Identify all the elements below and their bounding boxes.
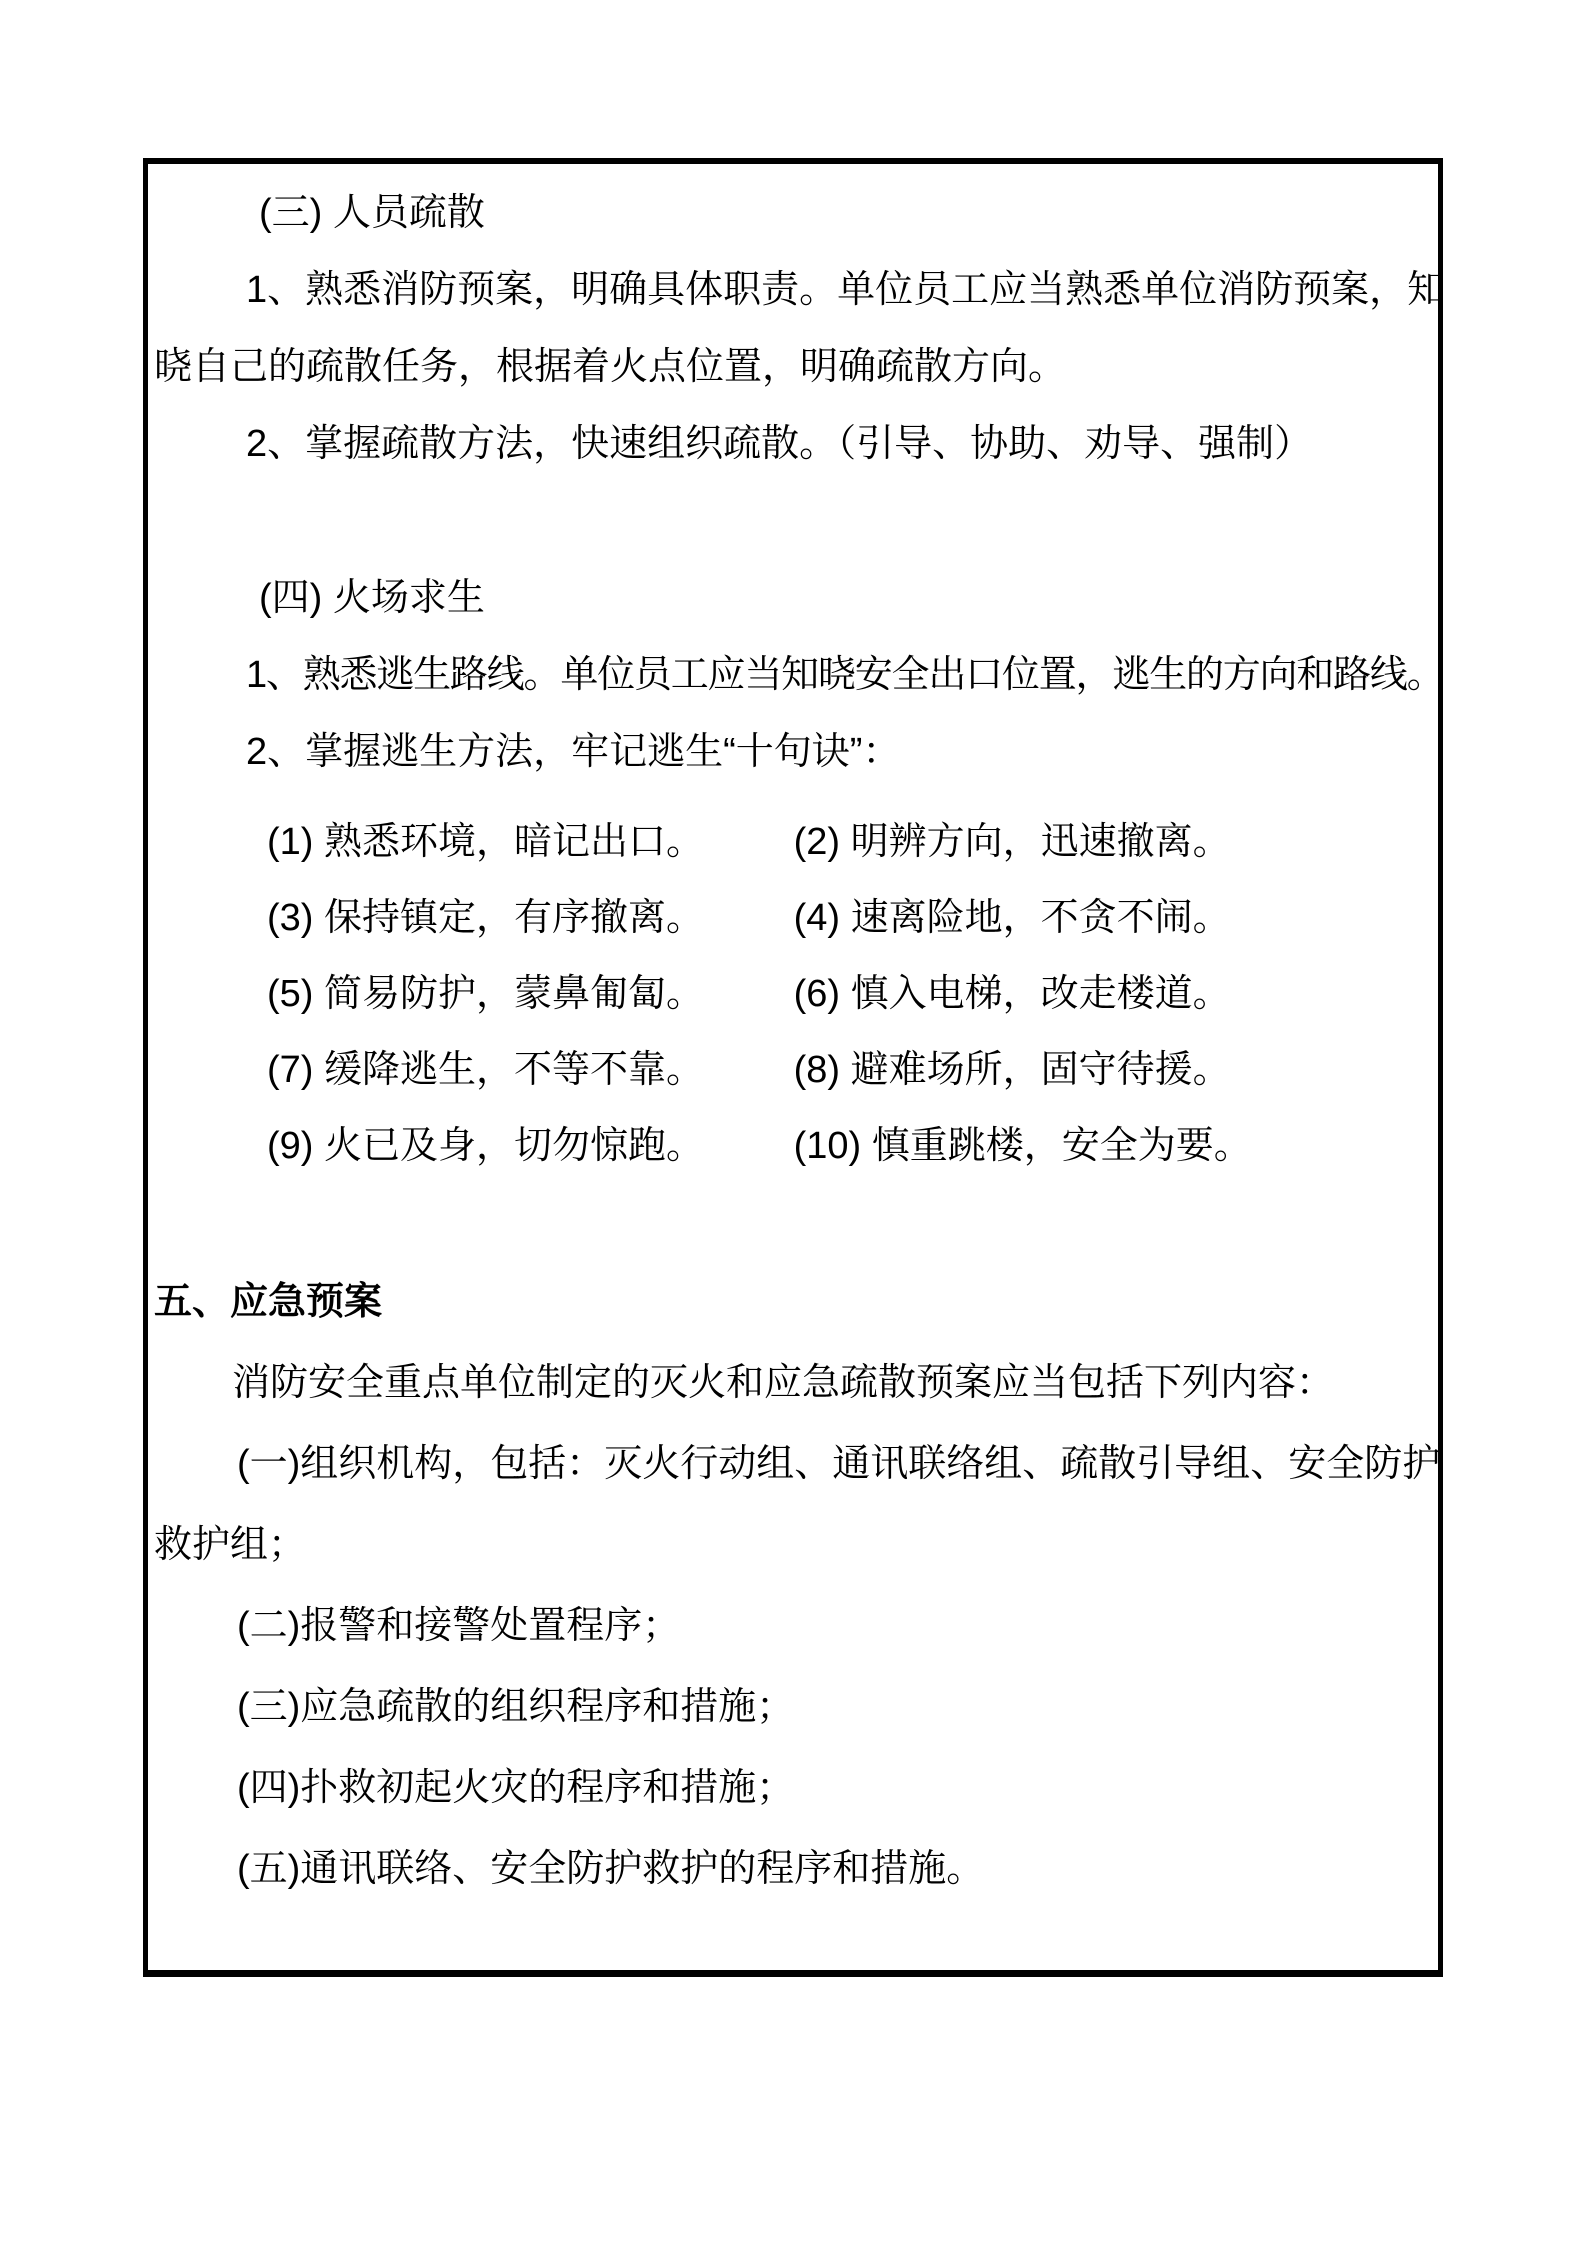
- tip-2: (2) 明辨方向，迅速撤离。: [794, 821, 1231, 863]
- tip-9: (9) 火已及身，切勿惊跑。: [267, 1108, 783, 1184]
- heading-emergency-plan: 五、应急预案: [154, 1262, 1432, 1343]
- tip-3: (3) 保持镇定，有序撤离。: [267, 880, 783, 956]
- tip-10: (10) 慎重跳楼，安全为要。: [794, 1125, 1252, 1167]
- tip-4: (4) 速离险地，不贪不闹。: [794, 897, 1231, 939]
- tip-row-3: (5) 简易防护，蒙鼻匍匐。 (6) 慎入电梯，改走楼道。: [267, 956, 1432, 1032]
- tip-row-4: (7) 缓降逃生，不等不靠。 (8) 避难场所，固守待援。: [267, 1032, 1432, 1108]
- tip-5: (5) 简易防护，蒙鼻匍匐。: [267, 956, 783, 1032]
- blank-line: [154, 1184, 1432, 1262]
- blank-line: [154, 483, 1432, 560]
- para-escape-route: 1、熟悉逃生路线。单位员工应当知晓安全出口位置，逃生的方向和路线。: [246, 637, 1432, 714]
- para-plan-alarm-procedure: (二)报警和接警处置程序；: [237, 1586, 1432, 1667]
- ten-tips-list: (1) 熟悉环境，暗记出口。 (2) 明辨方向，迅速撤离。 (3) 保持镇定，有…: [154, 804, 1432, 1184]
- para-familiar-fire-plan-line1: 1、熟悉消防预案，明确具体职责。单位员工应当熟悉单位消防预案，知: [246, 252, 1432, 329]
- para-plan-intro: 消防安全重点单位制定的灭火和应急疏散预案应当包括下列内容：: [232, 1343, 1432, 1424]
- tip-1: (1) 熟悉环境，暗记出口。: [267, 804, 783, 880]
- para-plan-initial-fire-fighting: (四)扑救初起火灾的程序和措施；: [237, 1748, 1432, 1829]
- para-plan-evacuation-procedure: (三)应急疏散的组织程序和措施；: [237, 1667, 1432, 1748]
- para-plan-org-structure-line1: (一)组织机构，包括：灭火行动组、通讯联络组、疏散引导组、安全防护: [237, 1424, 1432, 1505]
- tip-7: (7) 缓降逃生，不等不靠。: [267, 1032, 783, 1108]
- tip-row-5: (9) 火已及身，切勿惊跑。 (10) 慎重跳楼，安全为要。: [267, 1108, 1432, 1184]
- tip-8: (8) 避难场所，固守待援。: [794, 1049, 1231, 1091]
- para-escape-method: 2、掌握逃生方法，牢记逃生“十句诀”：: [246, 714, 1432, 791]
- para-familiar-fire-plan-line2: 晓自己的疏散任务，根据着火点位置，明确疏散方向。: [154, 329, 1432, 406]
- tip-row-1: (1) 熟悉环境，暗记出口。 (2) 明辨方向，迅速撤离。: [267, 804, 1432, 880]
- tip-6: (6) 慎入电梯，改走楼道。: [794, 973, 1231, 1015]
- para-evacuation-method: 2、掌握疏散方法，快速组织疏散。（引导、协助、劝导、强制）: [246, 406, 1432, 483]
- document-page: (三) 人员疏散 1、熟悉消防预案，明确具体职责。单位员工应当熟悉单位消防预案，…: [0, 0, 1587, 2245]
- tip-row-2: (3) 保持镇定，有序撤离。 (4) 速离险地，不贪不闹。: [267, 880, 1432, 956]
- para-plan-org-structure-line2: 救护组；: [154, 1505, 1432, 1586]
- document-table-cell: (三) 人员疏散 1、熟悉消防预案，明确具体职责。单位员工应当熟悉单位消防预案，…: [143, 158, 1443, 1977]
- para-plan-communication-rescue: (五)通讯联络、安全防护救护的程序和措施。: [237, 1829, 1432, 1910]
- heading-fire-survival: (四) 火场求生: [259, 560, 1432, 637]
- heading-personnel-evacuation: (三) 人员疏散: [259, 175, 1432, 252]
